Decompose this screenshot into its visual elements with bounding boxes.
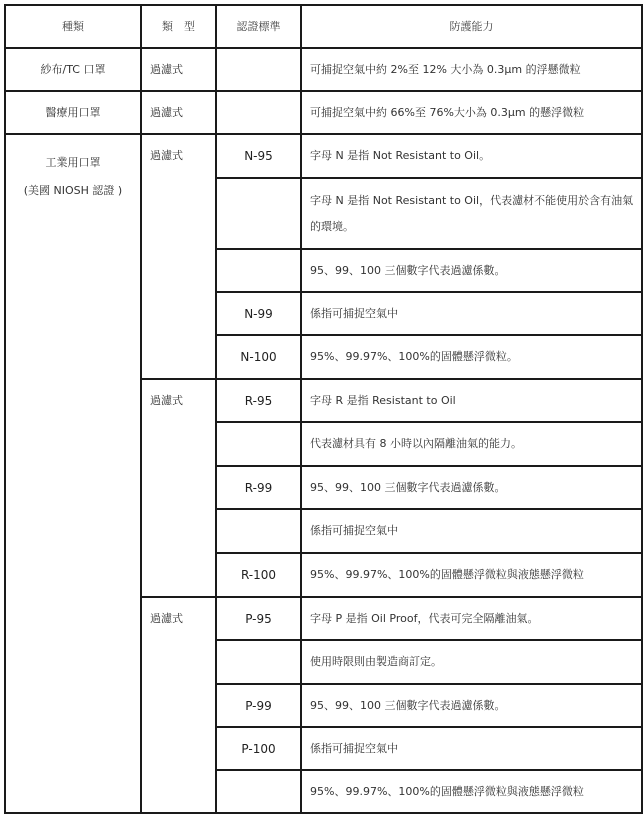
protection-cell: 95、99、100 三個數字代表過濾係數。 xyxy=(301,466,642,509)
protection-cell: 可捕捉空氣中約 66%至 76%大小為 0.3μm 的懸浮微粒 xyxy=(301,91,642,134)
protection-cell: 係指可捕捉空氣中 xyxy=(301,727,642,770)
protection-cell: 代表濾材具有 8 小時以內隔離油氣的能力。 xyxy=(301,422,642,466)
standard-cell xyxy=(216,249,301,292)
standard-cell: N-99 xyxy=(216,292,301,335)
standard-cell: N-95 xyxy=(216,134,301,178)
type-cell: 過濾式 xyxy=(141,134,216,379)
standard-cell: P-99 xyxy=(216,684,301,727)
category-cell: 紗布/TC 口罩 xyxy=(5,48,141,91)
standard-cell xyxy=(216,770,301,813)
type-cell: 過濾式 xyxy=(141,48,216,91)
category-cell: 醫療用口罩 xyxy=(5,91,141,134)
standard-cell: R-95 xyxy=(216,379,301,422)
header-type: 類 型 xyxy=(141,5,216,48)
protection-cell: 使用時限則由製造商訂定。 xyxy=(301,640,642,684)
type-cell: 過濾式 xyxy=(141,597,216,813)
protection-cell: 95、99、100 三個數字代表過濾係數。 xyxy=(301,249,642,292)
category-industrial-line2: (美國 NIOSH 認證 ) xyxy=(6,177,140,205)
protection-cell: 95%、99.97%、100%的固體懸浮微粒。 xyxy=(301,335,642,379)
protection-cell: 95%、99.97%、100%的固體懸浮微粒與液態懸浮微粒 xyxy=(301,770,642,813)
standard-cell xyxy=(216,422,301,466)
protection-cell: 係指可捕捉空氣中 xyxy=(301,509,642,553)
standard-cell xyxy=(216,178,301,249)
type-cell: 過濾式 xyxy=(141,91,216,134)
standard-cell: R-100 xyxy=(216,553,301,597)
protection-cell: 95%、99.97%、100%的固體懸浮微粒與液態懸浮微粒 xyxy=(301,553,642,597)
header-protection: 防護能力 xyxy=(301,5,642,48)
standard-cell: P-100 xyxy=(216,727,301,770)
table-row-medical-mask: 醫療用口罩 過濾式 可捕捉空氣中約 66%至 76%大小為 0.3μm 的懸浮微… xyxy=(5,91,642,134)
protection-cell: 係指可捕捉空氣中 xyxy=(301,292,642,335)
protection-cell: 字母 P 是指 Oil Proof，代表可完全隔離油氣。 xyxy=(301,597,642,640)
protection-cell: 95、99、100 三個數字代表過濾係數。 xyxy=(301,684,642,727)
table-row-n95: 工業用口罩 (美國 NIOSH 認證 ) 過濾式 N-95 字母 N 是指 No… xyxy=(5,134,642,178)
standard-cell: N-100 xyxy=(216,335,301,379)
header-row: 種類 類 型 認證標準 防護能力 xyxy=(5,5,642,48)
mask-comparison-table: 種類 類 型 認證標準 防護能力 紗布/TC 口罩 過濾式 可捕捉空氣中約 2%… xyxy=(4,4,643,814)
category-industrial-line1: 工業用口罩 xyxy=(6,149,140,177)
standard-cell xyxy=(216,48,301,91)
standard-cell: R-99 xyxy=(216,466,301,509)
standard-cell xyxy=(216,91,301,134)
category-cell-industrial: 工業用口罩 (美國 NIOSH 認證 ) xyxy=(5,134,141,813)
type-cell: 過濾式 xyxy=(141,379,216,597)
standard-cell xyxy=(216,509,301,553)
protection-cell: 字母 N 是指 Not Resistant to Oil。 xyxy=(301,134,642,178)
standard-cell: P-95 xyxy=(216,597,301,640)
protection-cell: 字母 R 是指 Resistant to Oil xyxy=(301,379,642,422)
table-row-gauze-mask: 紗布/TC 口罩 過濾式 可捕捉空氣中約 2%至 12% 大小為 0.3μm 的… xyxy=(5,48,642,91)
header-standard: 認證標準 xyxy=(216,5,301,48)
header-category: 種類 xyxy=(5,5,141,48)
standard-cell xyxy=(216,640,301,684)
protection-cell: 可捕捉空氣中約 2%至 12% 大小為 0.3μm 的浮懸微粒 xyxy=(301,48,642,91)
protection-cell: 字母 N 是指 Not Resistant to Oil，代表濾材不能使用於含有… xyxy=(301,178,642,249)
